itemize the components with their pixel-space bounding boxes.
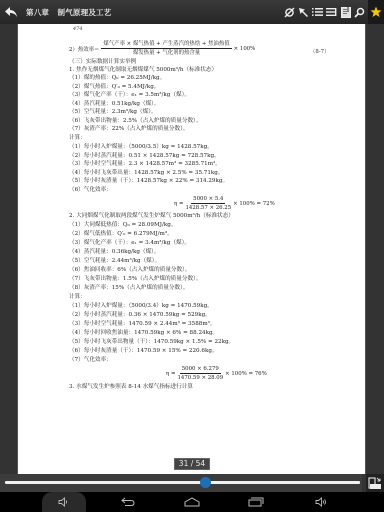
text-line: （2）煤气热值：Q′₀ = 5.4MJ/kg。 <box>69 84 159 91</box>
text-line: （7）灰渣产率：22%（占入炉煤的质量分数）。 <box>69 126 188 133</box>
text-line: 3. 水煤气发生炉参照表 8-14 水煤气指标进行计算 <box>69 384 193 391</box>
favorite-button[interactable] <box>368 0 384 24</box>
text-line: （3）每小时空气耗量：2.3 × 1428.57m³ = 3285.71m³。 <box>69 161 221 168</box>
page-slider-bar <box>0 474 362 492</box>
recent-apps-icon <box>248 497 264 507</box>
text-line: （8）灰渣产率：15%（占入炉煤的质量分数）。 <box>69 285 188 292</box>
formula-prefix: η = <box>166 371 175 377</box>
back-button[interactable] <box>0 0 22 24</box>
printed-page-number: 474 <box>73 26 83 32</box>
text-line: （6）气化效率： <box>69 187 112 194</box>
formula-suffix: × 100% <box>234 46 256 52</box>
formula-suffix: × 100% = 76% <box>225 371 267 377</box>
volume-down-icon <box>58 497 70 507</box>
text-line: （4）每小时回收焦油量：1470.59kg × 6% = 88.24kg。 <box>69 330 218 337</box>
pointer-arrow-icon <box>298 7 309 18</box>
text-line: （7）飞灰带出物量：1.5%（占入炉煤的质量分数）。 <box>69 276 201 283</box>
home-icon <box>184 497 200 507</box>
volume-up-icon <box>315 497 327 507</box>
text-line: （1）煤的热值：Q₀ = 26.25MJ/kg。 <box>69 75 165 82</box>
search-button[interactable] <box>353 0 366 24</box>
formula-label: 2）热效率＝ <box>69 45 99 53</box>
text-line: （6）焦油回收率：6%（占入炉煤的质量分数）。 <box>69 267 191 274</box>
text-line: （3）煤气化产率（干）：e₁ = 3.5m³/kg（煤）。 <box>69 92 190 99</box>
denominator: 1428.57 × 26.25 <box>185 204 231 211</box>
text-line: （4）蒸汽耗量：0.51kg/kg（煤）。 <box>69 101 160 108</box>
text-line: （2）每小时蒸汽耗量：0.51 × 1428.57kg = 728.57kg。 <box>69 153 220 160</box>
text-line: 2. 大同烟煤气化制取两段煤气发生炉煤气 5000m³/h（标准状态） <box>69 213 234 220</box>
text-line: （2）每小时蒸汽耗量：0.36 × 1470.59kg = 529kg。 <box>69 312 211 319</box>
recent-apps-button[interactable] <box>246 492 266 512</box>
reader-app: 第八章 制气原理及工艺 <box>0 0 384 512</box>
toc-button[interactable] <box>325 0 338 24</box>
annotate-icon <box>284 7 295 18</box>
text-line: （4）每小时飞灰带出量：1428.57kg × 2.5% = 35.71kg。 <box>69 170 223 177</box>
back-arrow-icon <box>4 6 18 18</box>
text-line: （6）每小时灰渣量（干）：1470.59 × 15% = 220.6kg。 <box>69 348 218 355</box>
numerator: 煤气产率 × 煤气热值 + 产生蒸汽的热焓 + 焦油热值 <box>101 41 231 49</box>
list-view-button[interactable] <box>311 0 324 24</box>
rotate-screen-icon <box>368 476 382 490</box>
text-line: （5）空气耗量：2.44m³/kg（煤）。 <box>69 258 160 265</box>
text-line: （6）飞灰带出物量：2.5%（占入炉煤的质量分数）。 <box>69 118 201 125</box>
formula-gasification-efficiency-1: η = 5000 × 5.4 1428.57 × 26.25 × 100% = … <box>174 196 275 211</box>
page-slider-track[interactable] <box>5 481 360 484</box>
fraction: 5000 × 6.279 1470.59 × 28.09 <box>177 366 223 381</box>
text-line: （3）煤气化产率（干）：e₁ = 3.4m³/kg（煤）。 <box>69 240 190 247</box>
text-line: （4）蒸汽耗量：0.36kg/kg（煤）。 <box>69 249 160 256</box>
text-line: （3）每小时空气耗量：1470.59 × 2.44m³ = 3588m³。 <box>69 321 216 328</box>
search-icon <box>354 7 365 18</box>
numerator: 5000 × 5.4 <box>191 196 225 204</box>
page-indicator: 31 / 54 <box>174 458 210 470</box>
fraction: 煤气产率 × 煤气热值 + 产生蒸汽的热焓 + 焦油热值 煤发热量 + 气化剂的… <box>101 41 231 56</box>
text-line: （5）每小时灰渣量（干）：1428.57kg × 22% = 314.29kg。 <box>69 178 228 185</box>
document-viewport[interactable]: 474 2）热效率＝ 煤气产率 × 煤气热值 + 产生蒸汽的热焓 + 焦油热值 … <box>0 24 384 474</box>
text-line: （1）每小时入炉煤量：（5000/3.5）kg = 1428.57kg。 <box>69 144 213 151</box>
star-icon <box>370 6 382 18</box>
text-line: 1. 焦作无烟煤气化制取无烟煤煤气 5000m³/h（标准状态） <box>69 67 217 74</box>
volume-up-button[interactable] <box>310 492 332 512</box>
nav-back-icon <box>121 497 135 507</box>
text-line: 计算： <box>69 294 86 301</box>
formula-gasification-efficiency-2: η = 5000 × 6.279 1470.59 × 28.09 × 100% … <box>166 366 267 381</box>
formula-suffix: × 100% = 72% <box>233 201 275 207</box>
fraction: 5000 × 5.4 1428.57 × 26.25 <box>185 196 231 211</box>
text-line: （7）气化效率： <box>69 357 112 364</box>
system-navigation-bar <box>0 492 384 512</box>
text-line: （2）煤气低热值：Q′₀ = 6.279MJ/m³。 <box>69 231 173 238</box>
toolbar-actions <box>282 0 384 24</box>
text-line: 计算： <box>69 135 86 142</box>
chapter-title: 第八章 制气原理及工艺 <box>26 7 111 18</box>
formula-thermal-efficiency: 2）热效率＝ 煤气产率 × 煤气热值 + 产生蒸汽的热焓 + 焦油热值 煤发热量… <box>69 41 255 56</box>
text-line: （1）每小时入炉煤量：（5000/3.4）kg = 1470.59kg。 <box>69 303 213 310</box>
home-nav-button[interactable] <box>182 492 202 512</box>
text-line: （1）大同煤低热值：Q₀ = 28.09MJ/kg。 <box>69 222 176 229</box>
volume-down-button[interactable] <box>42 492 86 512</box>
denominator: 煤发热量 + 气化剂的热含量 <box>133 49 200 56</box>
text-line: （5）空气耗量：2.3m³/kg（煤）。 <box>69 109 157 116</box>
formula-prefix: η = <box>174 201 183 207</box>
text-line: （5）每小时飞灰带出物量（干）：1470.59kg × 1.5% = 22kg。 <box>69 339 234 346</box>
rotate-screen-button[interactable] <box>366 474 384 492</box>
list-icon <box>312 7 323 17</box>
annotate-button[interactable] <box>283 0 296 24</box>
back-nav-button[interactable] <box>118 492 138 512</box>
pointer-button[interactable] <box>297 0 310 24</box>
table-of-contents-icon <box>326 7 337 17</box>
denominator: 1470.59 × 28.09 <box>177 374 223 381</box>
top-toolbar: 第八章 制气原理及工艺 <box>0 0 384 24</box>
text-line: （三）实际数据计算实举例 <box>69 59 136 66</box>
bookmark-page-button[interactable] <box>339 0 352 24</box>
bookmark-page-icon <box>341 7 351 18</box>
numerator: 5000 × 6.279 <box>180 366 221 374</box>
document-page[interactable]: 474 2）热效率＝ 煤气产率 × 煤气热值 + 产生蒸汽的热焓 + 焦油热值 … <box>17 24 366 474</box>
equation-number: （8-7） <box>310 47 329 55</box>
page-slider-thumb[interactable] <box>200 477 211 488</box>
